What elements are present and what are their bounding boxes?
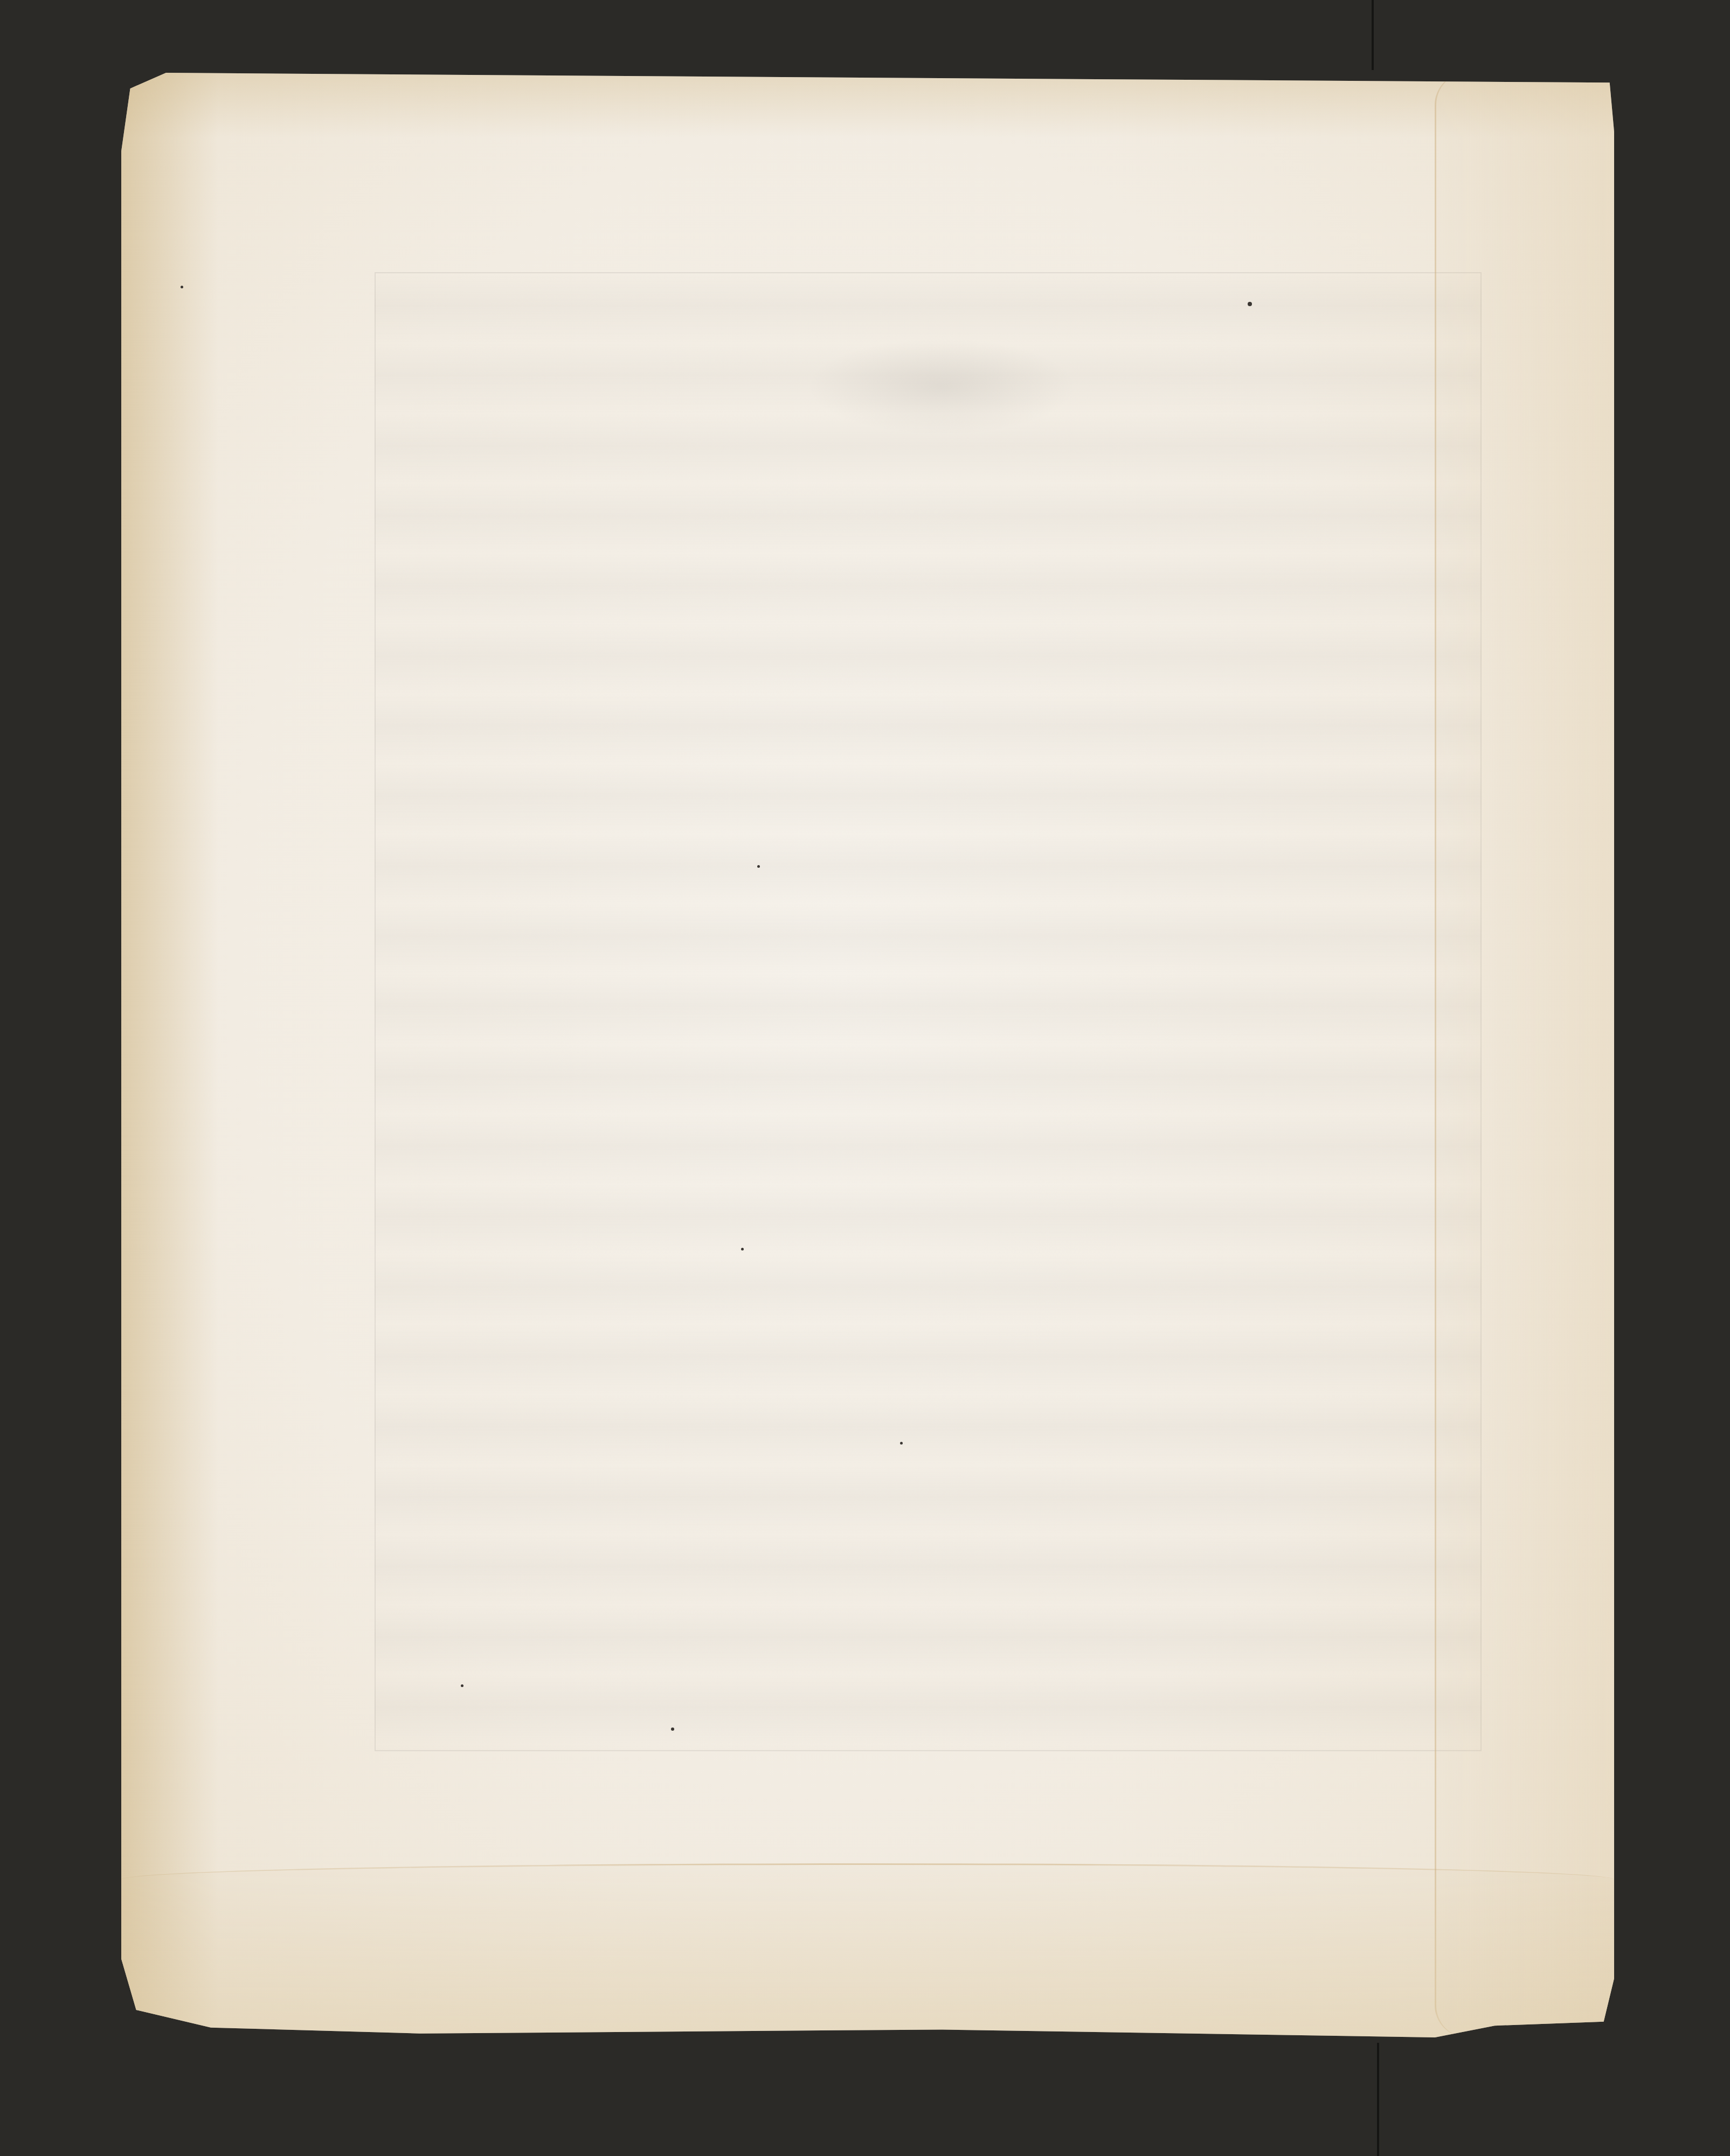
foxing-speck — [671, 1727, 674, 1731]
foxing-speck — [181, 286, 183, 288]
edge-discoloration-top — [121, 73, 1614, 137]
paper-sheet — [121, 73, 1614, 2037]
water-stain-right — [1435, 73, 1614, 2037]
water-stain-bottom — [121, 1863, 1614, 2037]
plate-mark-bleed-through — [375, 272, 1482, 1751]
edge-discoloration-left — [121, 73, 218, 2037]
backdrop-seam-top — [1372, 0, 1374, 70]
foxing-speck — [1248, 302, 1252, 306]
foxing-speck — [741, 1248, 744, 1250]
title-bleed-through — [807, 338, 1076, 435]
foxing-speck — [757, 865, 760, 868]
backdrop-seam-bottom — [1377, 2043, 1379, 2156]
foxing-speck — [461, 1684, 463, 1687]
foxing-speck — [900, 1442, 903, 1445]
